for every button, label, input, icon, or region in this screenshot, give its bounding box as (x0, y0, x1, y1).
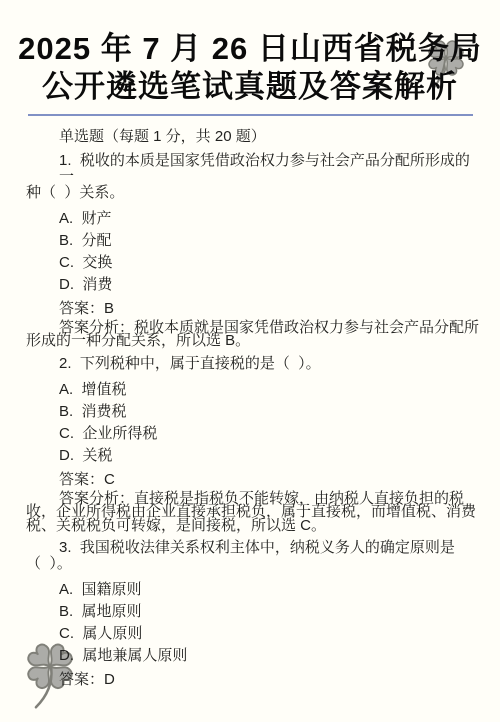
answer: 答案：D (59, 671, 480, 688)
question-stem-line: 3. 我国税收法律关系权利主体中，纳税义务人的确定原则是 (59, 540, 480, 556)
exam-body: 单选题（每题 1 分，共 20 题） 1. 税收的本质是国家凭借政治权力参与社会… (0, 128, 500, 689)
title-line-2: 公开遴选笔试真题及答案解析 (0, 68, 500, 106)
question-stem: 2. 下列税种中，属于直接税的是（ ）。 (26, 356, 480, 372)
answer: 答案：C (59, 471, 480, 488)
option-d: D. 属地兼属人原则 (59, 647, 480, 664)
answer-analysis: 答案分析：直接税是指税负不能转嫁，由纳税人直接负担的税 收，企业所得税由企业直接… (26, 492, 480, 533)
question-stem: 3. 我国税收法律关系权利主体中，纳税义务人的确定原则是 （ ）。 (26, 540, 480, 572)
exam-document-page: 2025 年 7 月 26 日山西省税务局 公开遴选笔试真题及答案解析 单选题（… (0, 0, 500, 722)
question-1: 1. 税收的本质是国家凭借政治权力参与社会产品分配所形成的一 种（ ）关系。 A… (26, 153, 480, 348)
question-stem-line: 种（ ）关系。 (26, 185, 480, 201)
option-d: D. 关税 (59, 447, 480, 464)
analysis-line: 税、关税税负可转嫁，是间接税，所以选 C。 (26, 519, 480, 533)
question-3: 3. 我国税收法律关系权利主体中，纳税义务人的确定原则是 （ ）。 A. 国籍原… (26, 540, 480, 688)
option-a: A. 财产 (59, 210, 480, 227)
title-underline (28, 114, 473, 116)
section-header: 单选题（每题 1 分，共 20 题） (59, 128, 480, 145)
answer-analysis: 答案分析：税收本质就是国家凭借政治权力参与社会产品分配所 形成的一种分配关系，所… (26, 321, 480, 348)
option-d: D. 消费 (59, 276, 480, 293)
question-stem-line: 2. 下列税种中，属于直接税的是（ ）。 (59, 356, 480, 372)
option-b: B. 属地原则 (59, 603, 480, 620)
document-title: 2025 年 7 月 26 日山西省税务局 公开遴选笔试真题及答案解析 (0, 0, 500, 107)
question-stem-line: （ ）。 (26, 556, 480, 572)
analysis-line: 形成的一种分配关系，所以选 B。 (26, 334, 480, 348)
answer: 答案：B (59, 300, 480, 317)
option-b: B. 分配 (59, 232, 480, 249)
option-a: A. 增值税 (59, 381, 480, 398)
option-c: C. 属人原则 (59, 625, 480, 642)
option-c: C. 交换 (59, 254, 480, 271)
question-stem: 1. 税收的本质是国家凭借政治权力参与社会产品分配所形成的一 种（ ）关系。 (26, 153, 480, 201)
option-b: B. 消费税 (59, 403, 480, 420)
title-line-1: 2025 年 7 月 26 日山西省税务局 (0, 30, 500, 68)
question-stem-line: 1. 税收的本质是国家凭借政治权力参与社会产品分配所形成的一 (59, 153, 480, 185)
option-a: A. 国籍原则 (59, 581, 480, 598)
option-c: C. 企业所得税 (59, 425, 480, 442)
question-2: 2. 下列税种中，属于直接税的是（ ）。 A. 增值税 B. 消费税 C. 企业… (26, 356, 480, 533)
